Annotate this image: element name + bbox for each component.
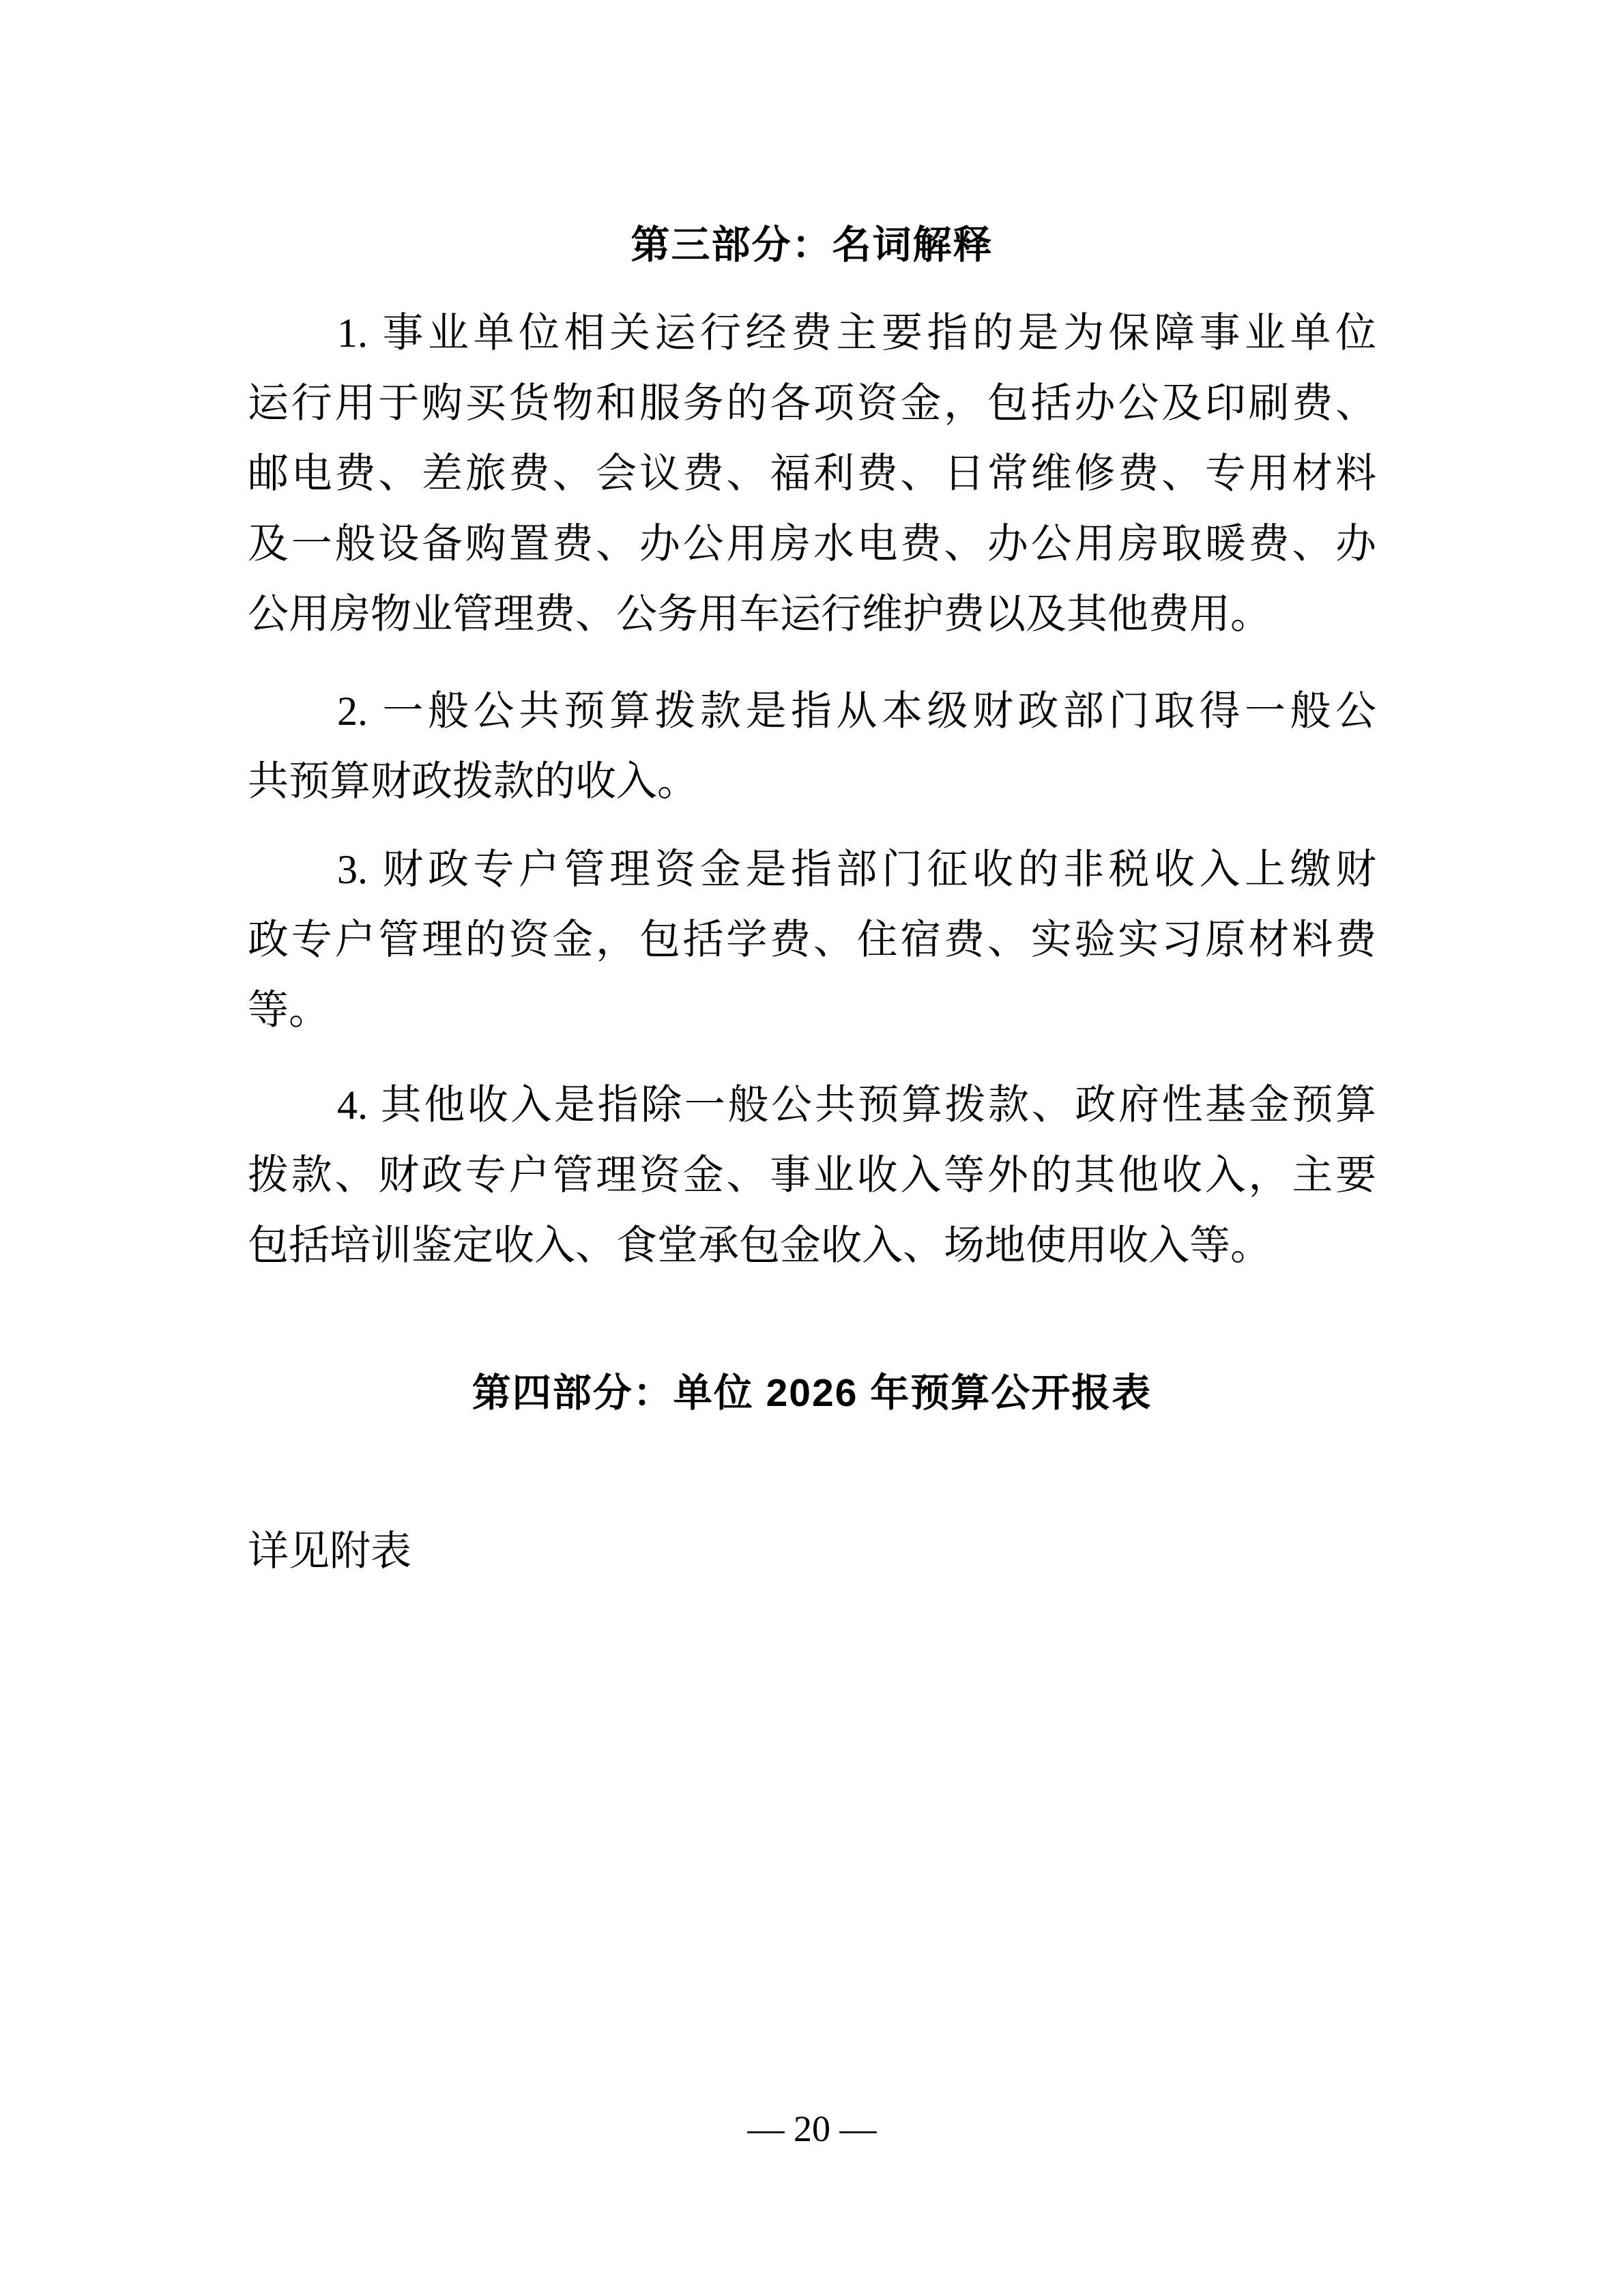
paragraph-3-line-3: 等。 [248, 975, 1376, 1046]
paragraph-4-line-2: 拨款、财政专户管理资金、事业收入等外的其他收入，主要 [248, 1140, 1376, 1211]
paragraph-1-line-1: 1. 事业单位相关运行经费主要指的是为保障事业单位 [248, 298, 1376, 369]
paragraph-1-line-5: 公用房物业管理费、公务用车运行维护费以及其他费用。 [248, 579, 1376, 650]
paragraph-4-line-1: 4. 其他收入是指除一般公共预算拨款、政府性基金预算 [248, 1070, 1376, 1140]
see-attached-table-note: 详见附表 [248, 1517, 1376, 1587]
paragraph-1: 1. 事业单位相关运行经费主要指的是为保障事业单位 运行用于购买货物和服务的各项… [248, 298, 1376, 650]
paragraph-3-line-2: 政专户管理的资金，包括学费、住宿费、实验实习原材料费 [248, 905, 1376, 975]
page-number: — 20 — [248, 2108, 1376, 2150]
paragraph-1-line-3: 邮电费、差旅费、会议费、福利费、日常维修费、专用材料 [248, 439, 1376, 509]
paragraph-1-line-4: 及一般设备购置费、办公用房水电费、办公用房取暖费、办 [248, 509, 1376, 579]
paragraph-3-line-1: 3. 财政专户管理资金是指部门征收的非税收入上缴财 [248, 835, 1376, 905]
paragraph-4-line-3: 包括培训鉴定收入、食堂承包金收入、场地使用收入等。 [248, 1211, 1376, 1281]
paragraph-2-line-1: 2. 一般公共预算拨款是指从本级财政部门取得一般公 [248, 676, 1376, 747]
part3-title: 第三部分：名词解释 [248, 223, 1376, 268]
part4-title: 第四部分：单位 2026 年预算公开报表 [248, 1371, 1376, 1416]
paragraph-2: 2. 一般公共预算拨款是指从本级财政部门取得一般公 共预算财政拨款的收入。 [248, 676, 1376, 817]
paragraph-2-line-2: 共预算财政拨款的收入。 [248, 747, 1376, 817]
paragraph-3: 3. 财政专户管理资金是指部门征收的非税收入上缴财 政专户管理的资金，包括学费、… [248, 835, 1376, 1046]
document-page: 第三部分：名词解释 1. 事业单位相关运行经费主要指的是为保障事业单位 运行用于… [0, 0, 1624, 2296]
paragraph-1-line-2: 运行用于购买货物和服务的各项资金，包括办公及印刷费、 [248, 369, 1376, 439]
paragraph-4: 4. 其他收入是指除一般公共预算拨款、政府性基金预算 拨款、财政专户管理资金、事… [248, 1070, 1376, 1281]
see-attached-table-text: 详见附表 [248, 1517, 1376, 1587]
